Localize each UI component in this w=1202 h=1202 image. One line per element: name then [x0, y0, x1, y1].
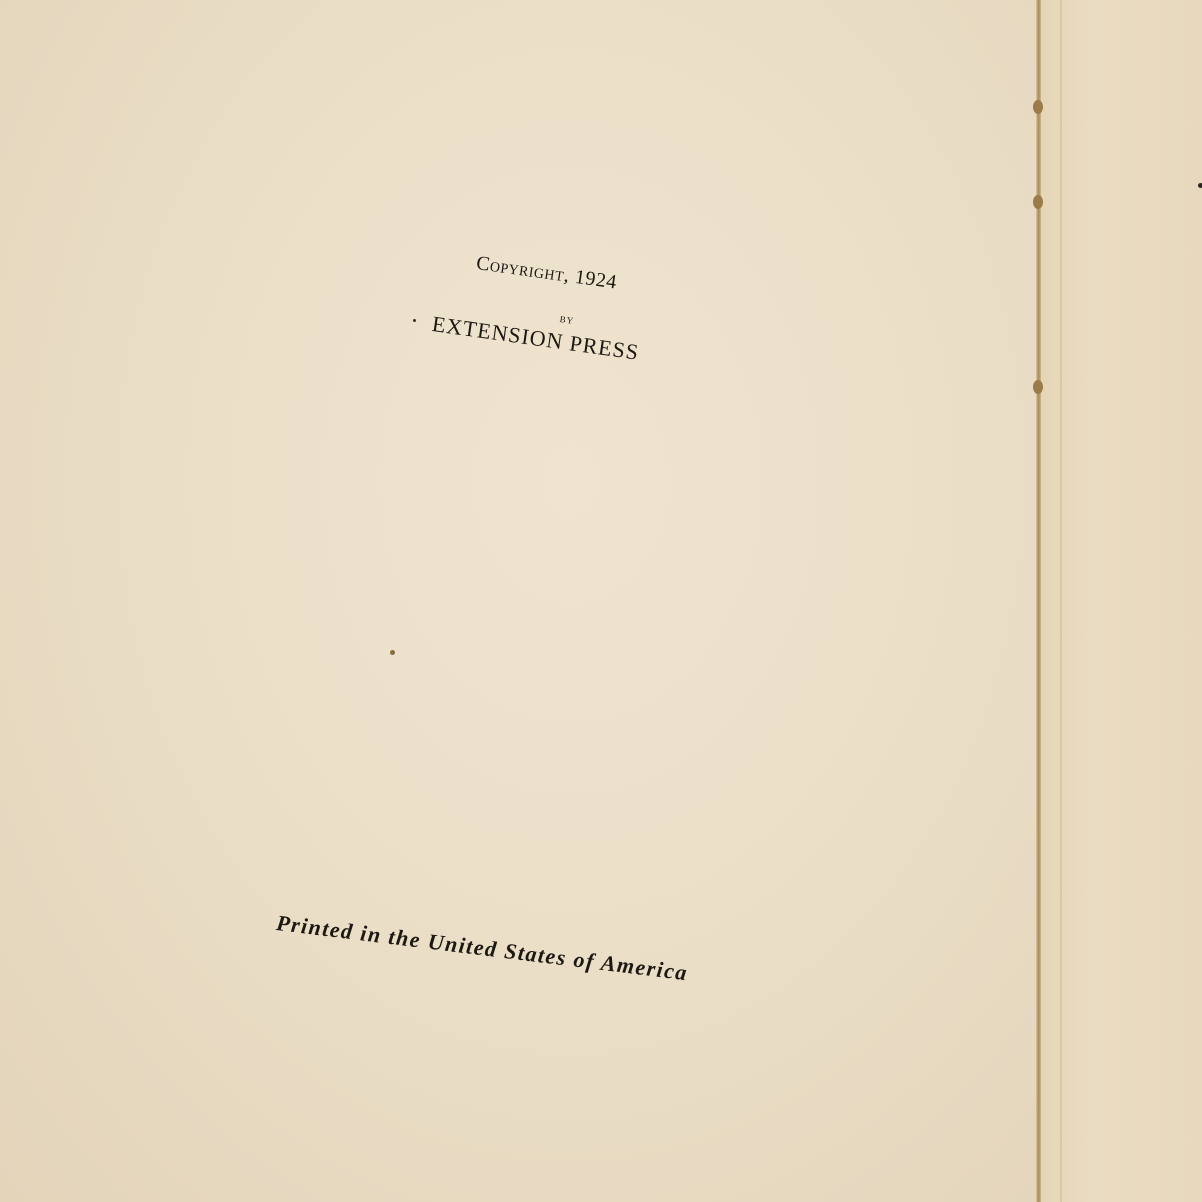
by-line: by	[559, 310, 576, 328]
paper-speck	[390, 650, 395, 655]
binding-stitch	[1033, 380, 1043, 394]
left-book-page	[0, 0, 1038, 1202]
paper-speck	[1198, 183, 1202, 188]
binding-stitch	[1033, 100, 1043, 114]
right-book-page	[1041, 0, 1202, 1202]
book-spine-gutter	[1036, 0, 1041, 1202]
binding-stitch	[1033, 195, 1043, 209]
paper-speck	[413, 319, 416, 322]
page-edge-shadow	[1060, 0, 1062, 1202]
